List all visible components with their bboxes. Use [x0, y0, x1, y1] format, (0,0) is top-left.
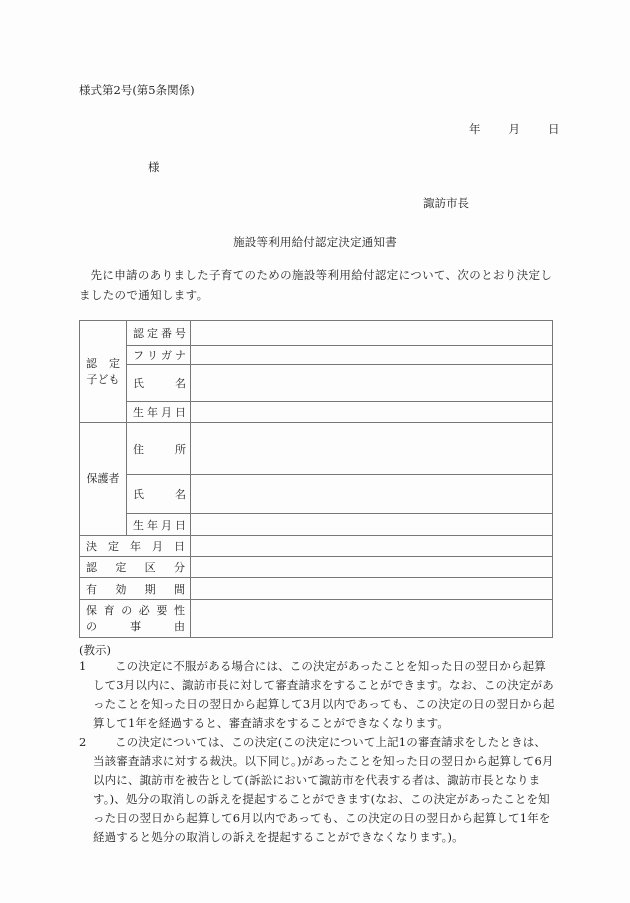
row-guardian-name: 氏名 [80, 475, 553, 514]
label-valid-period: 有効期間 [80, 578, 191, 600]
date-day-label: 日 [548, 121, 560, 137]
label-line: 子ども [80, 372, 126, 388]
date-month-label: 月 [509, 121, 521, 137]
label-guardian-name: 氏名 [127, 475, 191, 514]
row-cert-category: 認定区分 [80, 557, 553, 578]
notice-item-2: 2 この決定については、この決定(この決定について上記1の審査請求をしたときは、… [79, 733, 555, 847]
label-guardian-birthdate: 生年月日 [127, 514, 191, 536]
label-child-birthdate: 生年月日 [127, 402, 191, 423]
issue-date: 年月日 [469, 121, 560, 137]
label-cert-number: 認定番号 [127, 321, 191, 346]
label-char: 認 [86, 356, 97, 372]
label-child-name: 氏名 [127, 365, 191, 402]
label-cert-category: 認定区分 [80, 557, 191, 578]
row-valid-period: 有効期間 [80, 578, 553, 600]
date-year-label: 年 [469, 121, 481, 137]
notice-text: この決定については、この決定(この決定について上記1の審査請求をしたときは、当該… [93, 733, 555, 847]
row-child-name: 氏名 [80, 365, 553, 402]
label-furigana: フリガナ [127, 346, 191, 365]
child-group-label: 認定 子ども [80, 321, 127, 423]
issuer-name: 諏訪市長 [423, 195, 469, 211]
label-guardian-address: 住所 [127, 423, 191, 475]
label-decision-date: 決定年月日 [80, 536, 191, 557]
cert-category-field[interactable] [191, 557, 553, 578]
child-birthdate-field[interactable] [191, 402, 553, 423]
notice-number: 1 [79, 657, 86, 676]
form-number: 様式第2号(第5条関係) [79, 82, 195, 98]
guardian-birthdate-field[interactable] [191, 514, 553, 536]
furigana-field[interactable] [191, 346, 553, 365]
row-furigana: フリガナ [80, 346, 553, 365]
recipient-honorific: 様 [148, 159, 160, 175]
cert-number-field[interactable] [191, 321, 553, 346]
guardian-group-label: 保護者 [80, 423, 127, 536]
certification-table: 認定 子ども 認定番号 フリガナ 氏名 生年月日 保護者 住所 氏名 生年月日 … [79, 320, 553, 638]
valid-period-field[interactable] [191, 578, 553, 600]
decision-date-field[interactable] [191, 536, 553, 557]
document-title: 施設等利用給付認定決定通知書 [0, 234, 630, 250]
row-decision-date: 決定年月日 [80, 536, 553, 557]
row-guardian-birthdate: 生年月日 [80, 514, 553, 536]
notice-item-1: 1 この決定に不服がある場合には、この決定があったことを知った日の翌日から起算し… [79, 657, 555, 733]
notice-text: この決定に不服がある場合には、この決定があったことを知った日の翌日から起算して3… [93, 657, 555, 733]
row-cert-number: 認定 子ども 認定番号 [80, 321, 553, 346]
notice-heading: (教示) [79, 642, 111, 658]
guardian-name-field[interactable] [191, 475, 553, 514]
necessity-reason-field[interactable] [191, 600, 553, 638]
child-name-field[interactable] [191, 365, 553, 402]
label-char: 定 [109, 356, 120, 372]
row-child-birthdate: 生年月日 [80, 402, 553, 423]
intro-paragraph: 先に申請のありました子育てのための施設等利用給付認定について、次のとおり決定しま… [79, 265, 554, 305]
row-guardian-address: 保護者 住所 [80, 423, 553, 475]
notice-number: 2 [79, 733, 86, 752]
row-necessity-reason: 保育の必要性 の事由 [80, 600, 553, 638]
guardian-address-field[interactable] [191, 423, 553, 475]
label-necessity-reason: 保育の必要性 の事由 [80, 600, 191, 638]
